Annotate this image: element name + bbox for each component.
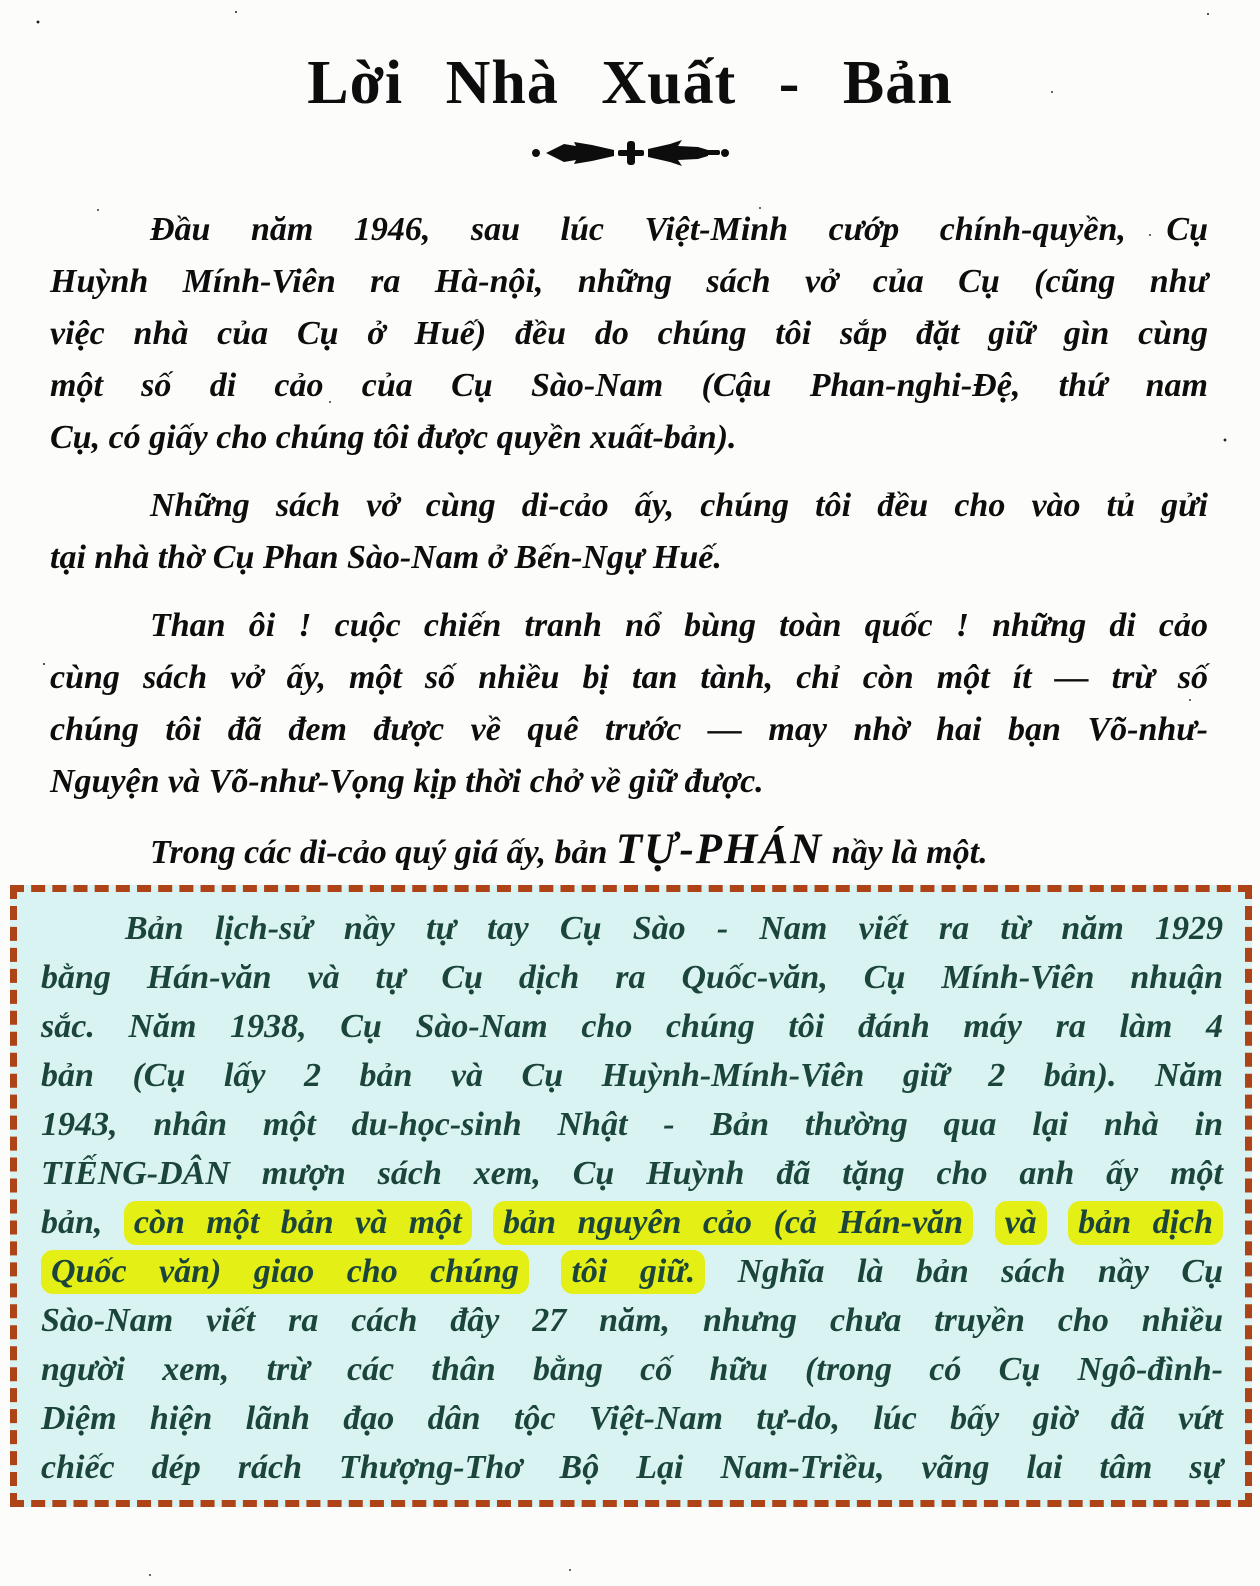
scanned-page: Lời Nhà Xuất - Bản Đầu năm 1946, sau lúc… — [0, 0, 1260, 1586]
box-text-line: Bản lịch-sử nầy tự tay Cụ Sào - Nam viết… — [41, 904, 1223, 953]
highlighted-segment: tôi giữ. — [561, 1250, 705, 1294]
text-line: Nguyện và Võ-như-Vọng kịp thời chở về gi… — [50, 756, 1208, 808]
box-text-line: người xem, trừ các thân bằng cố hữu (tro… — [41, 1345, 1223, 1394]
paragraph-4: Trong các di-cảo quý giá ấy, bản TỰ-PHÁN… — [50, 824, 1208, 879]
highlighted-segment: bản nguyên cảo (cả Hán-văn — [493, 1201, 973, 1245]
highlighted-segment: bản dịch — [1068, 1201, 1223, 1245]
text-line: tại nhà thờ Cụ Phan Sào-Nam ở Bến-Ngự Hu… — [50, 532, 1208, 584]
emphasis-title: TỰ-PHÁN — [616, 826, 823, 873]
plain-segment: bản, — [41, 1204, 124, 1241]
highlighted-segment: Quốc văn) giao cho chúng — [41, 1250, 529, 1294]
text-line: Trong các di-cảo quý giá ấy, bản TỰ-PHÁN… — [50, 824, 1208, 879]
text-line: một số di cảo của Cụ Sào-Nam (Cậu Phan-n… — [50, 360, 1208, 412]
box-text-line: bản (Cụ lấy 2 bản và Cụ Huỳnh-Mính-Viên … — [41, 1051, 1223, 1100]
text-line: cùng sách vở ấy, một số nhiều bị tan tàn… — [50, 652, 1208, 704]
text-line: chúng tôi đã đem được về quê trước — may… — [50, 704, 1208, 756]
highlighted-segment: và — [995, 1201, 1047, 1245]
paragraph-1: Đầu năm 1946, sau lúc Việt-Minh cướp chí… — [50, 204, 1208, 464]
paragraph-2: Những sách vở cùng di-cảo ấy, chúng tôi … — [50, 480, 1208, 584]
paragraph-3: Than ôi ! cuộc chiến tranh nổ bùng toàn … — [50, 600, 1208, 808]
box-highlight-line-2: Quốc văn) giao cho chúng tôi giữ. Nghĩa … — [41, 1247, 1223, 1296]
text-line: Cụ, có giấy cho chúng tôi được quyền xuấ… — [50, 412, 1208, 464]
text-line: Huỳnh Mính-Viên ra Hà-nội, những sách vở… — [50, 256, 1208, 308]
divider-ornament — [0, 136, 1260, 170]
box-text-line: bằng Hán-văn và tự Cụ dịch ra Quốc-văn, … — [41, 953, 1223, 1002]
text-line: Than ôi ! cuộc chiến tranh nổ bùng toàn … — [50, 600, 1208, 652]
box-text-line: TIẾNG-DÂN mượn sách xem, Cụ Huỳnh đã tặn… — [41, 1149, 1223, 1198]
box-text-line: Sào-Nam viết ra cách đây 27 năm, nhưng c… — [41, 1296, 1223, 1345]
text-line: Những sách vở cùng di-cảo ấy, chúng tôi … — [50, 480, 1208, 532]
box-text-line: 1943, nhân một du-học-sinh Nhật - Bản th… — [41, 1100, 1223, 1149]
plain-segment: Nghĩa là bản sách nầy Cụ — [738, 1253, 1223, 1290]
emphasis-post: nầy là một. — [823, 834, 987, 871]
main-text: Đầu năm 1946, sau lúc Việt-Minh cướp chí… — [0, 204, 1260, 879]
text-line: việc nhà của Cụ ở Huế) đều do chúng tôi … — [50, 308, 1208, 360]
page-title: Lời Nhà Xuất - Bản — [0, 0, 1260, 122]
emphasis-pre: Trong các di-cảo quý giá ấy, bản — [150, 834, 616, 871]
highlighted-segment: còn một bản và một — [124, 1201, 472, 1245]
box-highlight-line-1: bản, còn một bản và một bản nguyên cảo (… — [41, 1198, 1223, 1247]
tapered-rule-icon — [530, 136, 730, 170]
box-text-line: Diệm hiện lãnh đạo dân tộc Việt-Nam tự-d… — [41, 1394, 1223, 1443]
text-line: Đầu năm 1946, sau lúc Việt-Minh cướp chí… — [50, 204, 1208, 256]
box-text-line: chiếc dép rách Thượng-Thơ Bộ Lại Nam-Tri… — [41, 1443, 1223, 1492]
annotated-note-box: Bản lịch-sử nầy tự tay Cụ Sào - Nam viết… — [10, 885, 1252, 1507]
box-text-line: sắc. Năm 1938, Cụ Sào-Nam cho chúng tôi … — [41, 1002, 1223, 1051]
